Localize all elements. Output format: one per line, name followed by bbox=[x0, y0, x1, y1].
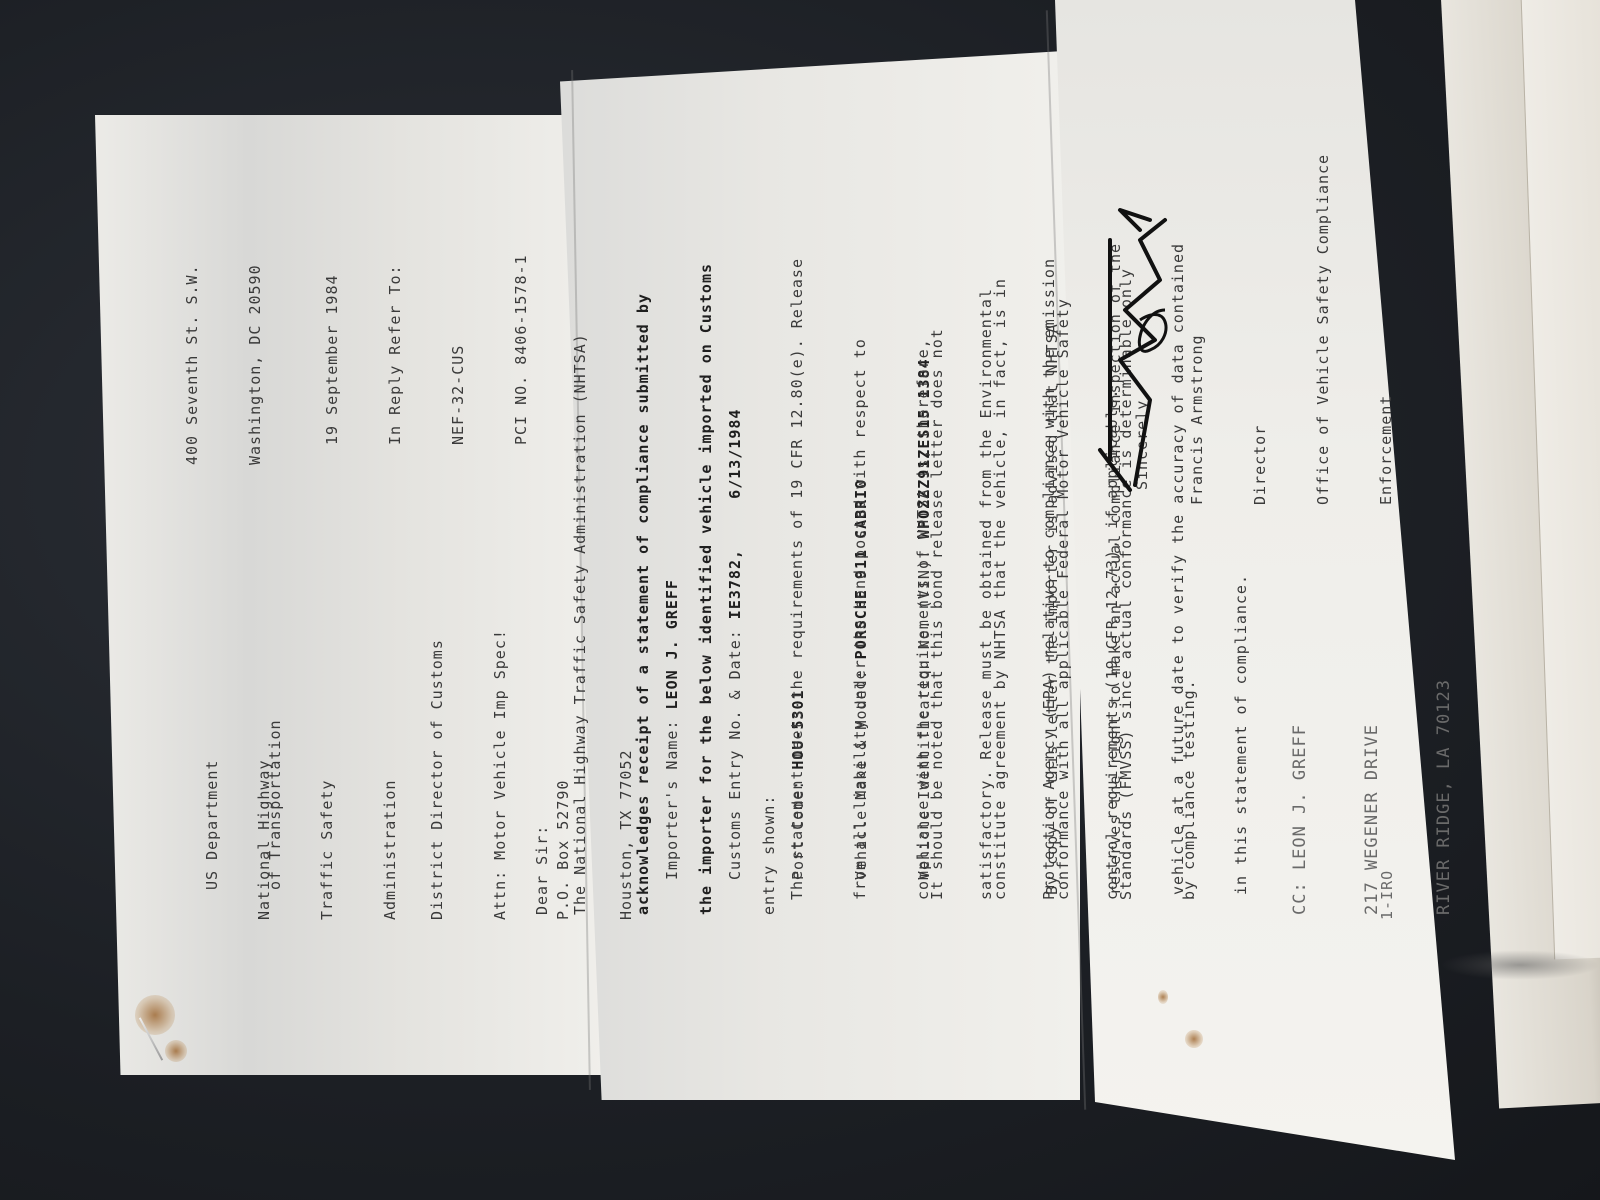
footer-code: 1-IRO bbox=[1335, 870, 1440, 920]
rust-stain bbox=[1158, 990, 1168, 1004]
letter-paper: US Department of Transportation National… bbox=[0, 0, 1600, 1200]
customs-entry: IE3782, 6/13/1984 bbox=[726, 409, 744, 620]
rust-stain bbox=[135, 995, 175, 1035]
importer-name: LEON J. GREFF bbox=[663, 579, 681, 709]
rust-stain bbox=[165, 1040, 187, 1062]
reference-number: NEF-32-CUS bbox=[448, 254, 469, 445]
letter-date: 19 September 1984 bbox=[322, 254, 343, 445]
signer-block: Francis Armstrong Director Office of Veh… bbox=[1145, 154, 1439, 505]
rust-stain bbox=[1185, 1030, 1203, 1048]
